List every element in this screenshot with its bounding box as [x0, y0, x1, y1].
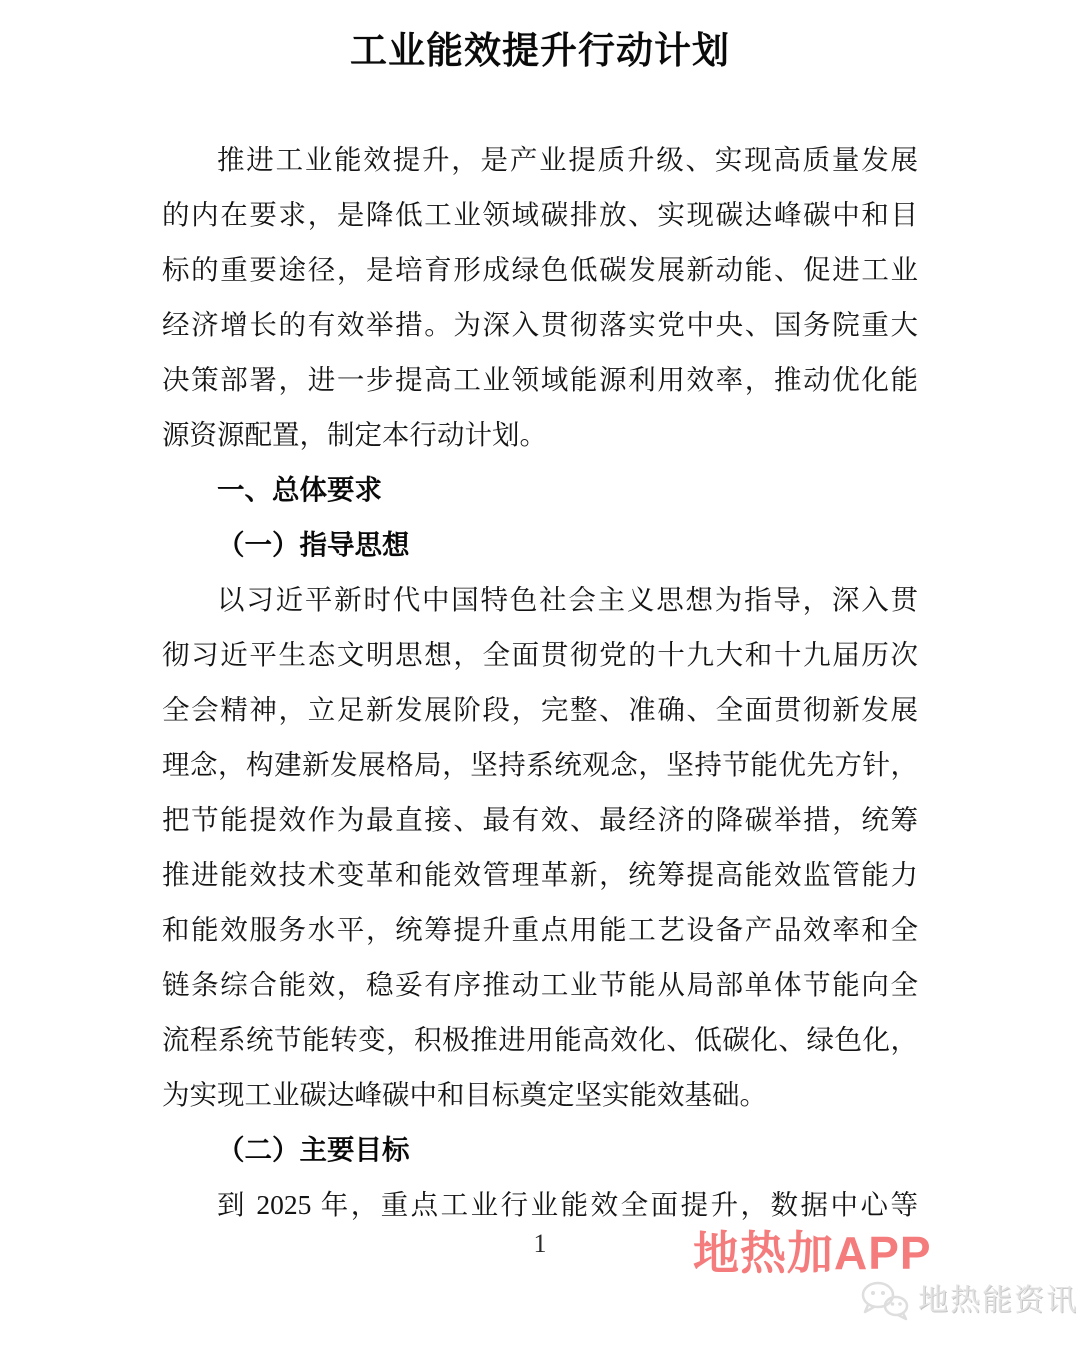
- text-line: 链条综合能效，稳妥有序推动工业节能从局部单体节能向全: [162, 957, 918, 1012]
- text-line: 标的重要途径，是培育形成绿色低碳发展新动能、促进工业: [162, 242, 918, 297]
- text-line: 彻习近平生态文明思想，全面贯彻党的十九大和十九届历次: [162, 627, 918, 682]
- page-number: 1: [0, 1228, 1080, 1260]
- wechat-account-name: 地热能资讯: [918, 1281, 1078, 1321]
- text-line: 理念，构建新发展格局，坚持系统观念，坚持节能优先方针，: [162, 737, 918, 792]
- wechat-source-badge: 地热能资讯: [860, 1280, 1078, 1322]
- wechat-icon: [860, 1280, 910, 1322]
- text-line: 源资源配置，制定本行动计划。: [162, 407, 918, 462]
- text-line: 到 2025 年，重点工业行业能效全面提升，数据中心等: [162, 1177, 918, 1232]
- text-line: 以习近平新时代中国特色社会主义思想为指导，深入贯: [162, 572, 918, 627]
- text-line: 推进工业能效提升，是产业提质升级、实现高质量发展: [162, 132, 918, 187]
- text-line: 的内在要求，是降低工业领域碳排放、实现碳达峰碳中和目: [162, 187, 918, 242]
- text-line: 流程系统节能转变，积极推进用能高效化、低碳化、绿色化，: [162, 1012, 918, 1067]
- text-line: 和能效服务水平，统筹提升重点用能工艺设备产品效率和全: [162, 902, 918, 957]
- document-page: 工业能效提升行动计划 推进工业能效提升，是产业提质升级、实现高质量发展的内在要求…: [0, 0, 1080, 1346]
- heading-line: 一、总体要求: [162, 462, 918, 517]
- heading-line: （二）主要目标: [162, 1122, 918, 1177]
- text-line: 经济增长的有效举措。为深入贯彻落实党中央、国务院重大: [162, 297, 918, 352]
- document-body: 推进工业能效提升，是产业提质升级、实现高质量发展的内在要求，是降低工业领域碳排放…: [162, 132, 918, 1232]
- text-line: 决策部署，进一步提高工业领域能源利用效率，推动优化能: [162, 352, 918, 407]
- text-line: 推进能效技术变革和能效管理革新，统筹提高能效监管能力: [162, 847, 918, 902]
- watermark-app-name: 地热加APP: [693, 1225, 932, 1281]
- text-line: 全会精神，立足新发展阶段，完整、准确、全面贯彻新发展: [162, 682, 918, 737]
- heading-line: （一）指导思想: [162, 517, 918, 572]
- document-title: 工业能效提升行动计划: [0, 28, 1080, 76]
- text-line: 为实现工业碳达峰碳中和目标奠定坚实能效基础。: [162, 1067, 918, 1122]
- text-line: 把节能提效作为最直接、最有效、最经济的降碳举措，统筹: [162, 792, 918, 847]
